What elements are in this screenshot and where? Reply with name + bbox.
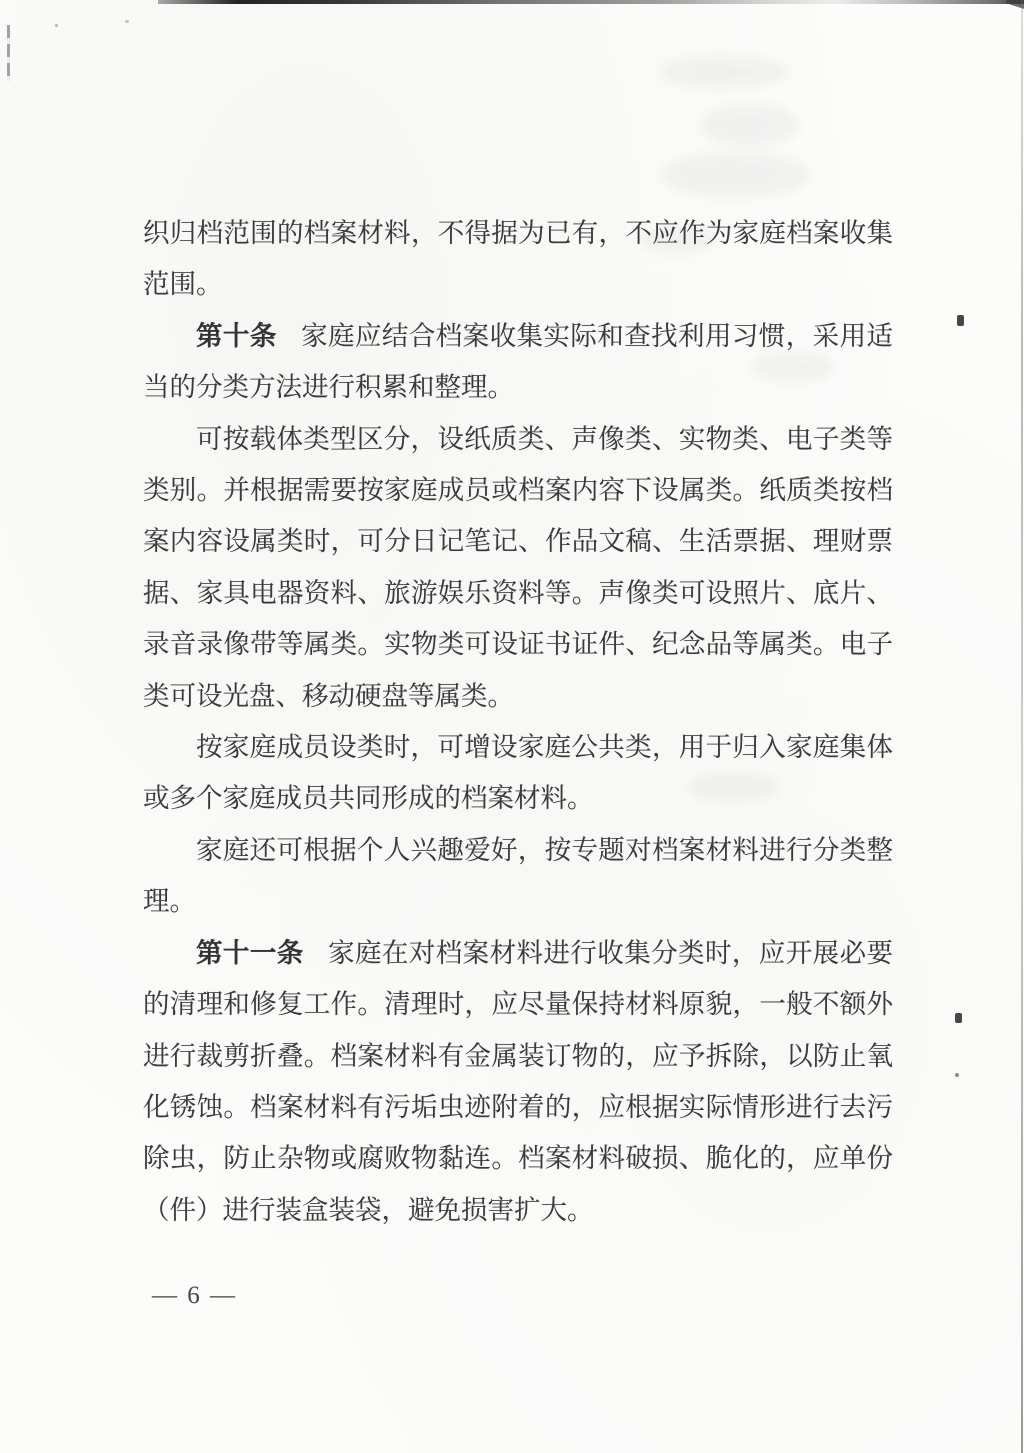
- scan-artifact-ink-dot: [55, 24, 58, 27]
- document-body: 织归档范围的档案材料，不得据为已有，不应作为家庭档案收集范围。 第十条家庭应结合…: [143, 208, 893, 1236]
- article-number-label: 第十条: [196, 321, 277, 351]
- scan-artifact-ink-speck: [955, 1013, 962, 1023]
- paragraph-text: 按家庭成员设类时，可增设家庭公共类，用于归入家庭集体或多个家庭成员共同形成的档案…: [143, 732, 893, 813]
- scanned-document-page: 织归档范围的档案材料，不得据为已有，不应作为家庭档案收集范围。 第十条家庭应结合…: [0, 0, 1024, 1453]
- paragraph-continuation: 织归档范围的档案材料，不得据为已有，不应作为家庭档案收集范围。: [143, 208, 893, 311]
- scan-artifact-bleedthrough-ghost: [662, 152, 812, 198]
- page-number: — 6 —: [152, 1282, 237, 1310]
- scan-artifact-ink-dot: [955, 1073, 959, 1077]
- article-10-paragraph: 第十条家庭应结合档案收集实际和查找利用习惯，采用适当的分类方法进行积累和整理。: [143, 311, 893, 414]
- scan-artifact-bleedthrough-ghost: [660, 55, 790, 89]
- scan-artifact-top-edge-line: [158, 0, 1024, 4]
- article-number-label: 第十一条: [196, 938, 304, 968]
- classification-by-medium-paragraph: 可按载体类型区分，设纸质类、声像类、实物类、电子类等类别。并根据需要按家庭成员或…: [143, 414, 893, 722]
- classification-by-member-paragraph: 按家庭成员设类时，可增设家庭公共类，用于归入家庭集体或多个家庭成员共同形成的档案…: [143, 722, 893, 825]
- scan-artifact-ink-speck: [957, 315, 964, 326]
- scan-artifact-right-edge-line: [1021, 0, 1023, 1453]
- article-11-paragraph: 第十一条家庭在对档案材料进行收集分类时，应开展必要的清理和修复工作。清理时，应尽…: [143, 928, 893, 1236]
- scan-artifact-bleedthrough-ghost: [700, 103, 800, 147]
- scan-artifact-ink-dot: [125, 20, 129, 23]
- paragraph-text: 家庭在对档案材料进行收集分类时，应开展必要的清理和修复工作。清理时，应尽量保持材…: [143, 938, 893, 1225]
- paragraph-text: 织归档范围的档案材料，不得据为已有，不应作为家庭档案收集范围。: [143, 218, 893, 299]
- paragraph-text: 家庭还可根据个人兴趣爱好，按专题对档案材料进行分类整理。: [143, 835, 893, 916]
- scan-artifact-left-margin-mark: [7, 25, 10, 81]
- paragraph-text: 可按载体类型区分，设纸质类、声像类、实物类、电子类等类别。并根据需要按家庭成员或…: [143, 424, 893, 711]
- classification-by-topic-paragraph: 家庭还可根据个人兴趣爱好，按专题对档案材料进行分类整理。: [143, 825, 893, 928]
